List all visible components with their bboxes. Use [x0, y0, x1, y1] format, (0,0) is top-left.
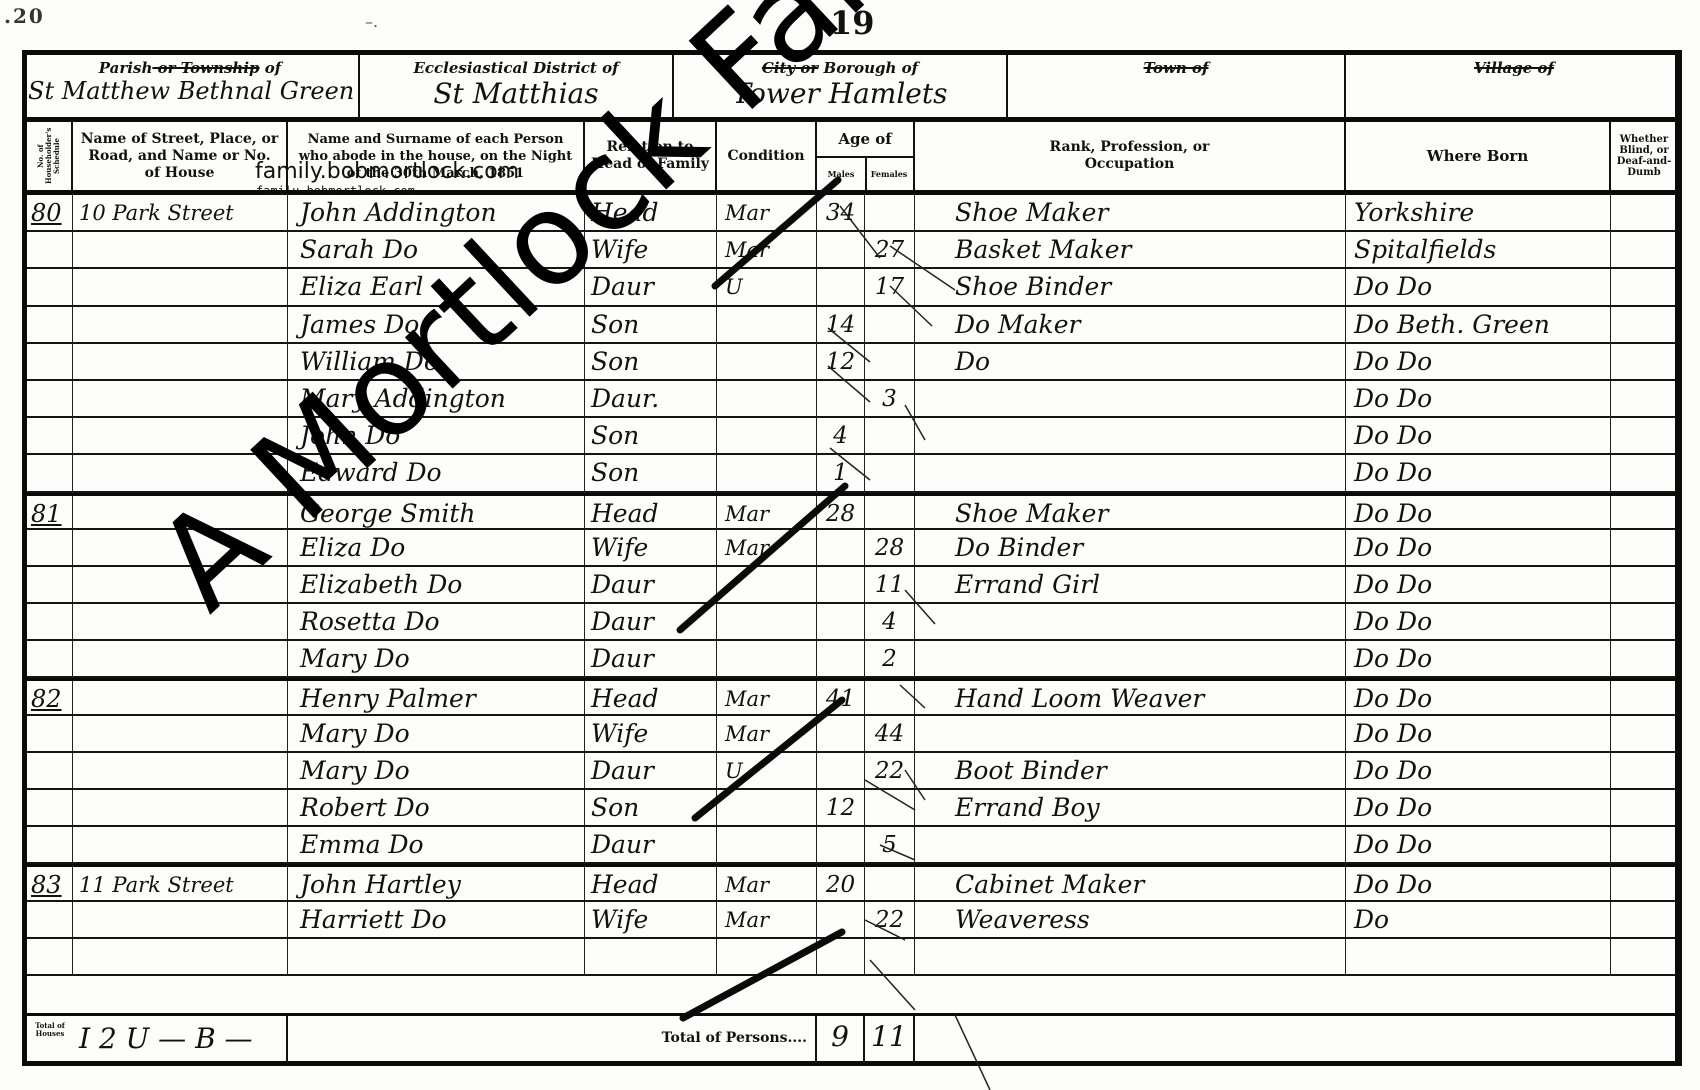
- schedule-number: [27, 381, 73, 416]
- table-row: Eliza Earl Daur U 17 Shoe Binder Do Do: [27, 269, 1675, 306]
- condition: Mar: [717, 681, 817, 713]
- blind-deaf-dumb: [1611, 496, 1675, 528]
- where-born: Do Do: [1346, 641, 1611, 676]
- street-address: [73, 344, 288, 379]
- condition: Mar: [717, 716, 817, 751]
- condition: [717, 307, 817, 342]
- female-age: 11: [865, 567, 915, 602]
- occupation: Shoe Maker: [915, 195, 1346, 230]
- females-label: Females: [865, 158, 913, 190]
- street-address: [73, 232, 288, 267]
- condition: [717, 939, 817, 974]
- person-name: John Hartley: [288, 867, 585, 899]
- schedule-number: [27, 939, 73, 974]
- schedule-number: 80: [27, 195, 73, 230]
- female-age: 17: [865, 269, 915, 304]
- relation: Daur: [585, 604, 717, 639]
- blind-deaf-dumb: [1611, 790, 1675, 825]
- relation: Daur: [585, 567, 717, 602]
- street-address: [73, 902, 288, 937]
- male-age: 12: [817, 790, 865, 825]
- male-age: 34: [817, 195, 865, 230]
- where-born: Do Do: [1346, 418, 1611, 453]
- condition: [717, 418, 817, 453]
- total-houses-cell: Total of Houses I 2 U — B —: [27, 1016, 288, 1064]
- where-born: Do Do: [1346, 269, 1611, 304]
- village-label: Village of: [1346, 59, 1682, 77]
- schedule-number: [27, 530, 73, 565]
- where-born: Spitalfields: [1346, 232, 1611, 267]
- relation: Daur: [585, 641, 717, 676]
- occupation: Boot Binder: [915, 753, 1346, 788]
- person-name: Mary Do: [288, 716, 585, 751]
- occupation: Basket Maker: [915, 232, 1346, 267]
- occupation: Hand Loom Weaver: [915, 681, 1346, 713]
- where-born: Do Do: [1346, 716, 1611, 751]
- blind-deaf-dumb: [1611, 269, 1675, 304]
- schedule-number: [27, 344, 73, 379]
- male-age: 28: [817, 496, 865, 528]
- col-blind: Whether Blind, or Deaf-and-Dumb: [1611, 122, 1677, 190]
- person-name: Robert Do: [288, 790, 585, 825]
- where-born: Do Do: [1346, 604, 1611, 639]
- schedule-number: [27, 753, 73, 788]
- where-born: Do Do: [1346, 681, 1611, 713]
- relation: Wife: [585, 530, 717, 565]
- street-address: [73, 753, 288, 788]
- male-age: [817, 232, 865, 267]
- where-born: Do Do: [1346, 496, 1611, 528]
- condition: [717, 567, 817, 602]
- male-age: [817, 604, 865, 639]
- relation: Daur.: [585, 381, 717, 416]
- street-address: [73, 939, 288, 974]
- street-address: [73, 716, 288, 751]
- occupation: Shoe Maker: [915, 496, 1346, 528]
- col-where-born: Where Born: [1346, 122, 1611, 190]
- where-born: [1346, 939, 1611, 974]
- relation: Son: [585, 418, 717, 453]
- occupation: [915, 716, 1346, 751]
- male-age: 1: [817, 455, 865, 490]
- male-age: [817, 530, 865, 565]
- schedule-number: [27, 307, 73, 342]
- table-row: 80 10 Park Street John Addington Head Ma…: [27, 195, 1675, 232]
- watermark-url-small: familu.bobmortlock.com: [256, 184, 415, 198]
- female-age: [865, 307, 915, 342]
- blind-deaf-dumb: [1611, 307, 1675, 342]
- table-row: Emma Do Daur 5 Do Do: [27, 827, 1675, 864]
- occupation: Cabinet Maker: [915, 867, 1346, 899]
- schedule-number: [27, 269, 73, 304]
- schedule-number: [27, 604, 73, 639]
- female-age: 28: [865, 530, 915, 565]
- occupation: [915, 381, 1346, 416]
- blind-deaf-dumb: [1611, 530, 1675, 565]
- relation: Son: [585, 455, 717, 490]
- street-address: [73, 269, 288, 304]
- where-born: Do Do: [1346, 867, 1611, 899]
- condition: Mar: [717, 867, 817, 899]
- condition: Mar: [717, 530, 817, 565]
- female-age: [865, 681, 915, 713]
- table-row: Rosetta Do Daur 4 Do Do: [27, 604, 1675, 641]
- where-born: Do Do: [1346, 567, 1611, 602]
- female-age: [865, 496, 915, 528]
- occupation: Do Maker: [915, 307, 1346, 342]
- person-name: Harriett Do: [288, 902, 585, 937]
- where-born: Do Do: [1346, 530, 1611, 565]
- occupation: Do: [915, 344, 1346, 379]
- parish-value: St Matthew Bethnal Green: [22, 77, 364, 105]
- table-row: Mary Do Daur 2 Do Do: [27, 641, 1675, 678]
- occupation: [915, 827, 1346, 862]
- street-address: 10 Park Street: [73, 195, 288, 230]
- total-females: 11: [865, 1020, 913, 1053]
- occupation: [915, 604, 1346, 639]
- where-born: Yorkshire: [1346, 195, 1611, 230]
- male-age: 14: [817, 307, 865, 342]
- occupation: Shoe Binder: [915, 269, 1346, 304]
- blind-deaf-dumb: [1611, 867, 1675, 899]
- where-born: Do Do: [1346, 381, 1611, 416]
- blind-deaf-dumb: [1611, 344, 1675, 379]
- person-name: Elizabeth Do: [288, 567, 585, 602]
- blind-deaf-dumb: [1611, 418, 1675, 453]
- person-name: Emma Do: [288, 827, 585, 862]
- male-age: [817, 641, 865, 676]
- person-name: Mary Do: [288, 641, 585, 676]
- female-age: 22: [865, 753, 915, 788]
- occupation: Errand Boy: [915, 790, 1346, 825]
- condition: [717, 381, 817, 416]
- female-age: 2: [865, 641, 915, 676]
- relation: Daur: [585, 827, 717, 862]
- relation: Son: [585, 790, 717, 825]
- condition: [717, 641, 817, 676]
- blind-deaf-dumb: [1611, 716, 1675, 751]
- total-males-cell: 9: [817, 1016, 865, 1064]
- female-age: [865, 418, 915, 453]
- occupation: Weaveress: [915, 902, 1346, 937]
- female-age: [865, 939, 915, 974]
- condition: [717, 344, 817, 379]
- where-born: Do Do: [1346, 455, 1611, 490]
- schedule-number: [27, 902, 73, 937]
- total-houses-label: Total of Houses: [31, 1022, 69, 1038]
- blind-deaf-dumb: [1611, 195, 1675, 230]
- total-persons-cell: Total of Persons....: [288, 1016, 817, 1064]
- parish-label: Parish or Township of: [22, 59, 358, 77]
- schedule-number: [27, 716, 73, 751]
- blind-deaf-dumb: [1611, 902, 1675, 937]
- schedule-number: 81: [27, 496, 73, 528]
- males-label: Males: [817, 158, 867, 190]
- stray-mark: –.: [365, 12, 378, 31]
- person-name: Henry Palmer: [288, 681, 585, 713]
- male-age: 12: [817, 344, 865, 379]
- table-row: William Do Son 12 Do Do Do: [27, 344, 1675, 381]
- female-age: 44: [865, 716, 915, 751]
- male-age: [817, 381, 865, 416]
- female-age: [865, 344, 915, 379]
- village-cell: Village of: [1346, 55, 1682, 117]
- blind-deaf-dumb: [1611, 641, 1675, 676]
- blind-deaf-dumb: [1611, 381, 1675, 416]
- where-born: Do Do: [1346, 344, 1611, 379]
- relation: Head: [585, 681, 717, 713]
- col-occupation: Rank, Profession, or Occupation: [915, 122, 1346, 190]
- age-of-label: Age of: [817, 122, 913, 158]
- relation: Wife: [585, 902, 717, 937]
- male-age: [817, 939, 865, 974]
- relation: [585, 939, 717, 974]
- female-age: [865, 455, 915, 490]
- table-row: 82 Henry Palmer Head Mar 41 Hand Loom We…: [27, 678, 1675, 715]
- schedule-number: [27, 567, 73, 602]
- table-row: Harriett Do Wife Mar 22 Weaveress Do: [27, 902, 1675, 939]
- blind-deaf-dumb: [1611, 753, 1675, 788]
- relation: Head: [585, 496, 717, 528]
- total-persons-label: Total of Persons....: [662, 1030, 807, 1046]
- person-name: [288, 939, 585, 974]
- schedule-number: [27, 418, 73, 453]
- male-age: [817, 716, 865, 751]
- corner-mark: .20: [4, 4, 45, 28]
- table-row: James Do Son 14 Do Maker Do Beth. Green: [27, 307, 1675, 344]
- schedule-number: 82: [27, 681, 73, 713]
- condition: U: [717, 269, 817, 304]
- male-age: 41: [817, 681, 865, 713]
- male-age: [817, 567, 865, 602]
- female-age: 5: [865, 827, 915, 862]
- where-born: Do Beth. Green: [1346, 307, 1611, 342]
- location-header: Parish or Township of St Matthew Bethnal…: [22, 55, 1682, 122]
- table-row: Robert Do Son 12 Errand Boy Do Do: [27, 790, 1675, 827]
- female-age: 27: [865, 232, 915, 267]
- blind-deaf-dumb: [1611, 232, 1675, 267]
- table-row: Mary Do Wife Mar 44 Do Do: [27, 716, 1675, 753]
- total-houses-value: I 2 U — B —: [79, 1022, 253, 1055]
- male-age: 20: [817, 867, 865, 899]
- relation: Son: [585, 307, 717, 342]
- female-age: [865, 790, 915, 825]
- condition: U: [717, 753, 817, 788]
- blind-deaf-dumb: [1611, 455, 1675, 490]
- schedule-number: [27, 232, 73, 267]
- male-age: [817, 753, 865, 788]
- male-age: 4: [817, 418, 865, 453]
- blind-deaf-dumb: [1611, 681, 1675, 713]
- relation: Wife: [585, 716, 717, 751]
- condition: Mar: [717, 902, 817, 937]
- occupation: [915, 418, 1346, 453]
- total-females-cell: 11: [865, 1016, 915, 1064]
- condition: [717, 604, 817, 639]
- female-age: 4: [865, 604, 915, 639]
- relation: Head: [585, 867, 717, 899]
- condition: Mar: [717, 232, 817, 267]
- table-row: 83 11 Park Street John Hartley Head Mar …: [27, 864, 1675, 901]
- female-age: 3: [865, 381, 915, 416]
- where-born: Do Do: [1346, 753, 1611, 788]
- table-row: Mary Do Daur U 22 Boot Binder Do Do: [27, 753, 1675, 790]
- blind-deaf-dumb: [1611, 827, 1675, 862]
- street-address: [73, 827, 288, 862]
- blind-deaf-dumb: [1611, 567, 1675, 602]
- female-age: [865, 867, 915, 899]
- condition: [717, 827, 817, 862]
- schedule-number: [27, 641, 73, 676]
- street-address: [73, 681, 288, 713]
- female-age: [865, 195, 915, 230]
- male-age: [817, 827, 865, 862]
- occupation: [915, 641, 1346, 676]
- street-address: [73, 641, 288, 676]
- occupation: Errand Girl: [915, 567, 1346, 602]
- total-males: 9: [817, 1020, 863, 1053]
- person-name: Mary Do: [288, 753, 585, 788]
- condition: [717, 790, 817, 825]
- schedule-number: 83: [27, 867, 73, 899]
- town-cell: Town of: [1008, 55, 1346, 117]
- col-age: Age of Males Females: [817, 122, 915, 190]
- blind-deaf-dumb: [1611, 939, 1675, 974]
- schedule-number: [27, 790, 73, 825]
- occupation: [915, 455, 1346, 490]
- table-row: Sarah Do Wife Mar 27 Basket Maker Spital…: [27, 232, 1675, 269]
- street-address: [73, 790, 288, 825]
- male-age: [817, 269, 865, 304]
- street-address: [73, 307, 288, 342]
- male-age: [817, 902, 865, 937]
- person-name: Rosetta Do: [288, 604, 585, 639]
- empty-row: [27, 939, 1675, 976]
- condition: Mar: [717, 195, 817, 230]
- parish-cell: Parish or Township of St Matthew Bethnal…: [22, 55, 360, 117]
- blind-deaf-dumb: [1611, 604, 1675, 639]
- relation: Son: [585, 344, 717, 379]
- condition: Mar: [717, 496, 817, 528]
- occupation: Do Binder: [915, 530, 1346, 565]
- where-born: Do Do: [1346, 827, 1611, 862]
- where-born: Do Do: [1346, 790, 1611, 825]
- schedule-number: [27, 455, 73, 490]
- where-born: Do: [1346, 902, 1611, 937]
- relation: Daur: [585, 753, 717, 788]
- watermark-url: family.bobmortlock.com: [255, 159, 519, 184]
- schedule-number: [27, 827, 73, 862]
- occupation: [915, 939, 1346, 974]
- female-age: 22: [865, 902, 915, 937]
- street-address: 11 Park Street: [73, 867, 288, 899]
- condition: [717, 455, 817, 490]
- totals-row: Total of Houses I 2 U — B — Total of Per…: [27, 1013, 1675, 1064]
- town-label: Town of: [1008, 59, 1344, 77]
- col-schedule: No. of Householder's Schedule: [27, 122, 73, 190]
